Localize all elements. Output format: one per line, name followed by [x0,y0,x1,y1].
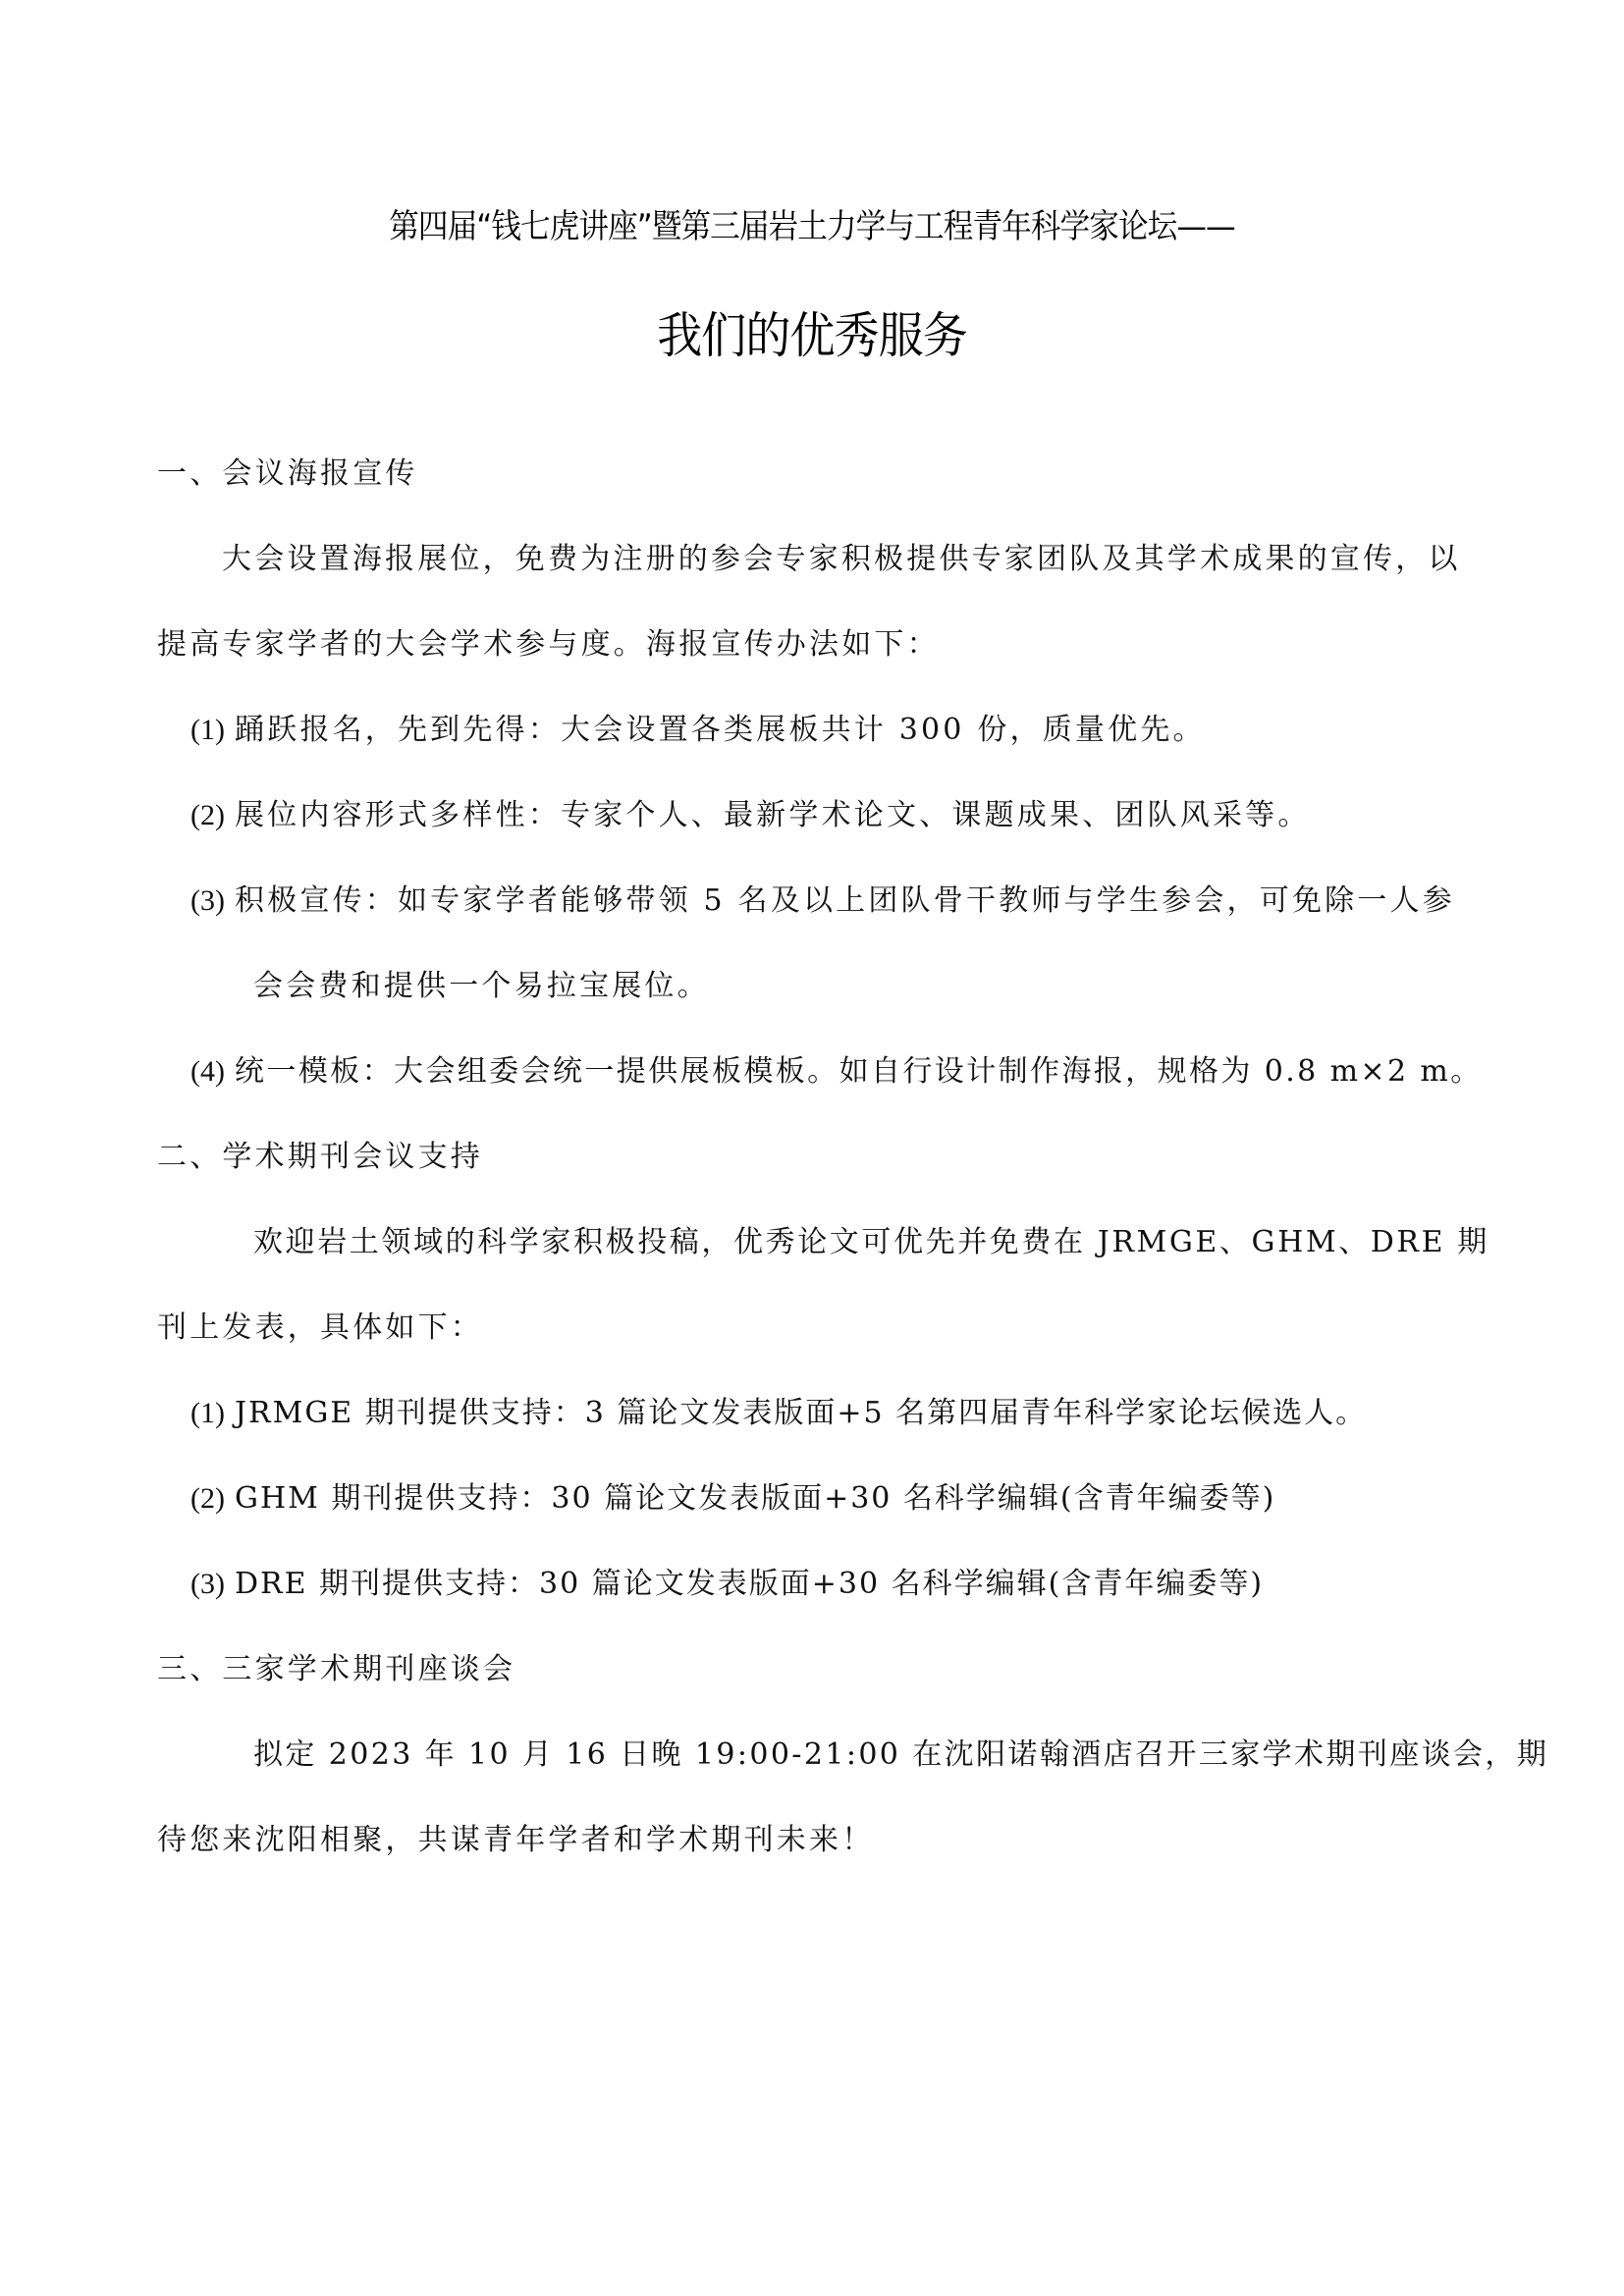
list-item-number: (3) [190,884,225,917]
document-subtitle: 第四届“钱七虎讲座”暨第三届岩土力学与工程青年科学家论坛—— [81,199,1543,247]
list-item: (2)展位内容形式多样性：专家个人、最新学术论文、课题成果、团队风采等。 [190,796,1311,835]
list-item-number: (2) [190,1482,225,1515]
paragraph-line: 待您来沈阳相聚，共谋青年学者和学术期刊未来！ [157,1821,874,1860]
list-item: (2)GHM 期刊提供支持：30 篇论文发表版面+30 名科学编辑(含青年编委等… [190,1479,1275,1519]
document-page: 第四届“钱七虎讲座”暨第三届岩土力学与工程青年科学家论坛—— 我们的优秀服务 一… [0,0,1624,2296]
document-title: 我们的优秀服务 [65,296,1559,367]
paragraph-line: 拟定 2023 年 10 月 16 日晚 19:00-21:00 在沈阳诺翰酒店… [253,1735,1548,1775]
list-item-text: 踊跃报名，先到先得：大会设置各类展板共计 300 份，质量优先。 [235,713,1206,747]
paragraph-line: 大会设置海报展位，免费为注册的参会专家积极提供专家团队及其学术成果的宣传，以 [222,540,1461,579]
section-heading-journal-support: 二、学术期刊会议支持 [157,1138,483,1177]
list-item-text: DRE 期刊提供支持：30 篇论文发表版面+30 名科学编辑(含青年编委等) [235,1567,1264,1601]
list-item: (3)积极宣传：如专家学者能够带领 5 名及以上团队骨干教师与学生参会，可免除一… [190,881,1455,921]
list-item-continuation: 会会费和提供一个易拉宝展位。 [253,967,710,1006]
paragraph-line: 提高专家学者的大会学术参与度。海报宣传办法如下： [157,625,940,665]
list-item: (1)踊跃报名，先到先得：大会设置各类展板共计 300 份，质量优先。 [190,711,1206,750]
list-item-text: 展位内容形式多样性：专家个人、最新学术论文、课题成果、团队风采等。 [235,798,1311,832]
list-item-text: JRMGE 期刊提供支持：3 篇论文发表版面+5 名第四届青年科学家论坛候选人。 [235,1396,1367,1430]
list-item-text: 统一模板：大会组委会统一提供展板模板。如自行设计制作海报，规格为 0.8 m×2… [235,1054,1483,1089]
list-item-number: (1) [190,1397,225,1429]
list-item-number: (4) [190,1055,225,1088]
paragraph-line: 刊上发表，具体如下： [157,1308,483,1348]
section-heading-poster: 一、会议海报宣传 [157,454,418,494]
list-item: (1)JRMGE 期刊提供支持：3 篇论文发表版面+5 名第四届青年科学家论坛候… [190,1394,1367,1433]
paragraph-line: 欢迎岩土领域的科学家积极投稿，优秀论文可优先并免费在 JRMGE、GHM、DRE… [253,1223,1489,1262]
list-item-number: (3) [190,1568,225,1600]
section-heading-symposium: 三、三家学术期刊座谈会 [157,1650,515,1689]
list-item-text: 积极宣传：如专家学者能够带领 5 名及以上团队骨干教师与学生参会，可免除一人参 [235,883,1455,918]
list-item-number: (1) [190,714,225,746]
list-item: (3)DRE 期刊提供支持：30 篇论文发表版面+30 名科学编辑(含青年编委等… [190,1565,1264,1604]
list-item: (4)统一模板：大会组委会统一提供展板模板。如自行设计制作海报，规格为 0.8 … [190,1052,1483,1092]
list-item-number: (2) [190,799,225,831]
list-item-text: GHM 期刊提供支持：30 篇论文发表版面+30 名科学编辑(含青年编委等) [235,1481,1275,1516]
